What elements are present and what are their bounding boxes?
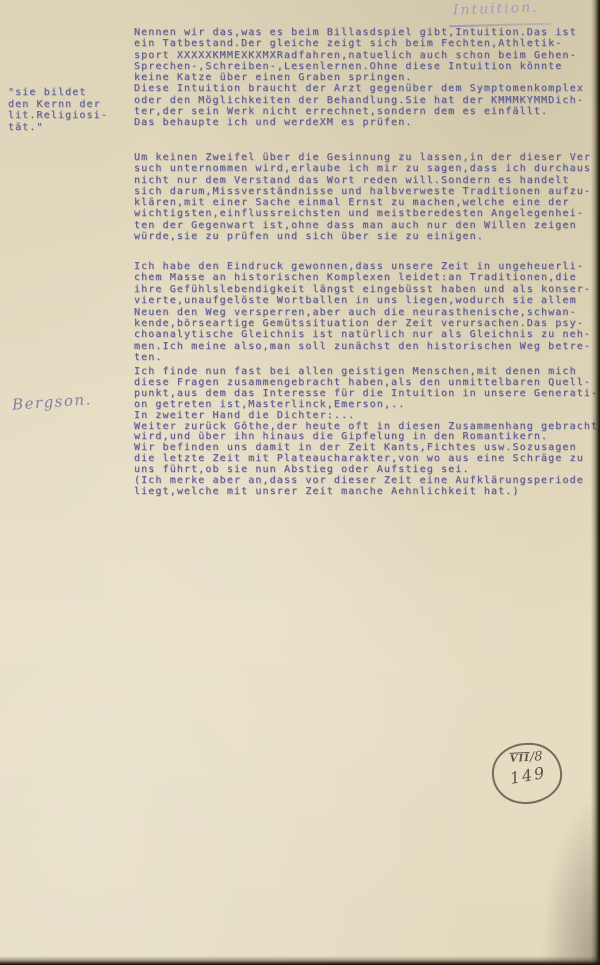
typed-line: Das behaupte ich und werdeXM es prüfen. — [134, 117, 584, 128]
typed-line: Ich habe den Eindruck gewonnen,dass unse… — [134, 261, 591, 272]
typed-line: Nennen wir das,was es beim Billasdspiel … — [134, 27, 584, 38]
typed-line: keine Katze über einen Graben springen. — [134, 72, 584, 83]
typed-line: vierte,unaufgelöste Wortballen in uns li… — [134, 295, 591, 306]
typed-line: wichtigsten,einflussreichsten und meistb… — [134, 208, 591, 219]
typed-line: ter,der sein Werk nicht errechnet,sonder… — [134, 106, 584, 117]
typed-line: Um keinen Zweifel über die Gesinnung zu … — [134, 152, 591, 163]
typed-line: Sprechen-,Schreiben-,Lesenlernen.Ohne di… — [134, 61, 584, 72]
typed-line: such unternommen wird,erlaube ich mir zu… — [134, 163, 591, 174]
typed-line: chem Masse an historischen Komplexen lei… — [134, 272, 591, 283]
typed-line: oder den Möglichkeiten der Behandlung.Si… — [134, 95, 584, 106]
typed-line: on getreten ist,Masterlinck,Emerson,.. — [134, 400, 598, 411]
typed-paragraph-quellpunkt: Ich finde nun fast bei allen geistigen M… — [134, 367, 598, 498]
typed-line: In zweiter Hand die Dichter:... — [134, 411, 598, 422]
typed-line: "sie bildet — [8, 87, 108, 99]
typed-line: ten der Gegenwart ist,ohne dass man auch… — [134, 220, 591, 231]
typed-line: den Kernn der — [8, 99, 108, 111]
typed-line: ihre Gefühlslebendigkeit längst eingebüs… — [134, 284, 591, 295]
stamp-numerator: VII — [510, 753, 531, 765]
typed-line: ein Tatbestand.Der gleiche zeigt sich be… — [134, 38, 584, 49]
typed-line: nicht nur dem Verstand das Wort reden wi… — [134, 175, 591, 186]
document-page: Intuition. "sie bildetden Kernn derlit.R… — [0, 0, 600, 965]
typed-line: men.Ich meine also,man soll zunächst den… — [134, 341, 591, 352]
typed-line: liegt,welche mit unsrer Zeit manche Aehn… — [134, 487, 598, 498]
typed-line: ten. — [134, 352, 591, 363]
handwritten-note-bergson: Bergson. — [11, 390, 92, 414]
typed-line: Diese Intuition braucht der Arzt gegenüb… — [134, 83, 584, 94]
typed-paragraph-gesinnung: Um keinen Zweifel über die Gesinnung zu … — [134, 152, 591, 242]
typed-line: würde,sie zu prüfen und sich über sie zu… — [134, 231, 591, 242]
typed-line: klären,mit einer Sache einmal Ernst zu m… — [134, 197, 591, 208]
typed-line: tät." — [8, 122, 108, 134]
typed-line: lit.Religiosi- — [8, 110, 108, 122]
margin-note-typed: "sie bildetden Kernn derlit.Religiosi-tä… — [8, 87, 108, 133]
typed-line: sich darum,Missverständnisse und halbver… — [134, 186, 591, 197]
typed-paragraph-intuition-examples: Nennen wir das,was es beim Billasdspiel … — [134, 27, 584, 129]
handwritten-title: Intuition. — [453, 0, 539, 18]
scan-edge-right — [591, 0, 600, 965]
typed-line: Neuen den Weg versperren,aber auch die n… — [134, 307, 591, 318]
typed-line: sport XXXXXKMMEXKXMXRadfahren,natuelich … — [134, 50, 584, 61]
typed-line: kende,börseartige Gemütssituation der Ze… — [134, 318, 591, 329]
typed-paragraph-eindruck: Ich habe den Eindruck gewonnen,dass unse… — [134, 261, 591, 364]
typed-line: choanalytische Gleichnis ist natürlich n… — [134, 329, 591, 340]
scan-edge-bottom — [0, 956, 600, 965]
